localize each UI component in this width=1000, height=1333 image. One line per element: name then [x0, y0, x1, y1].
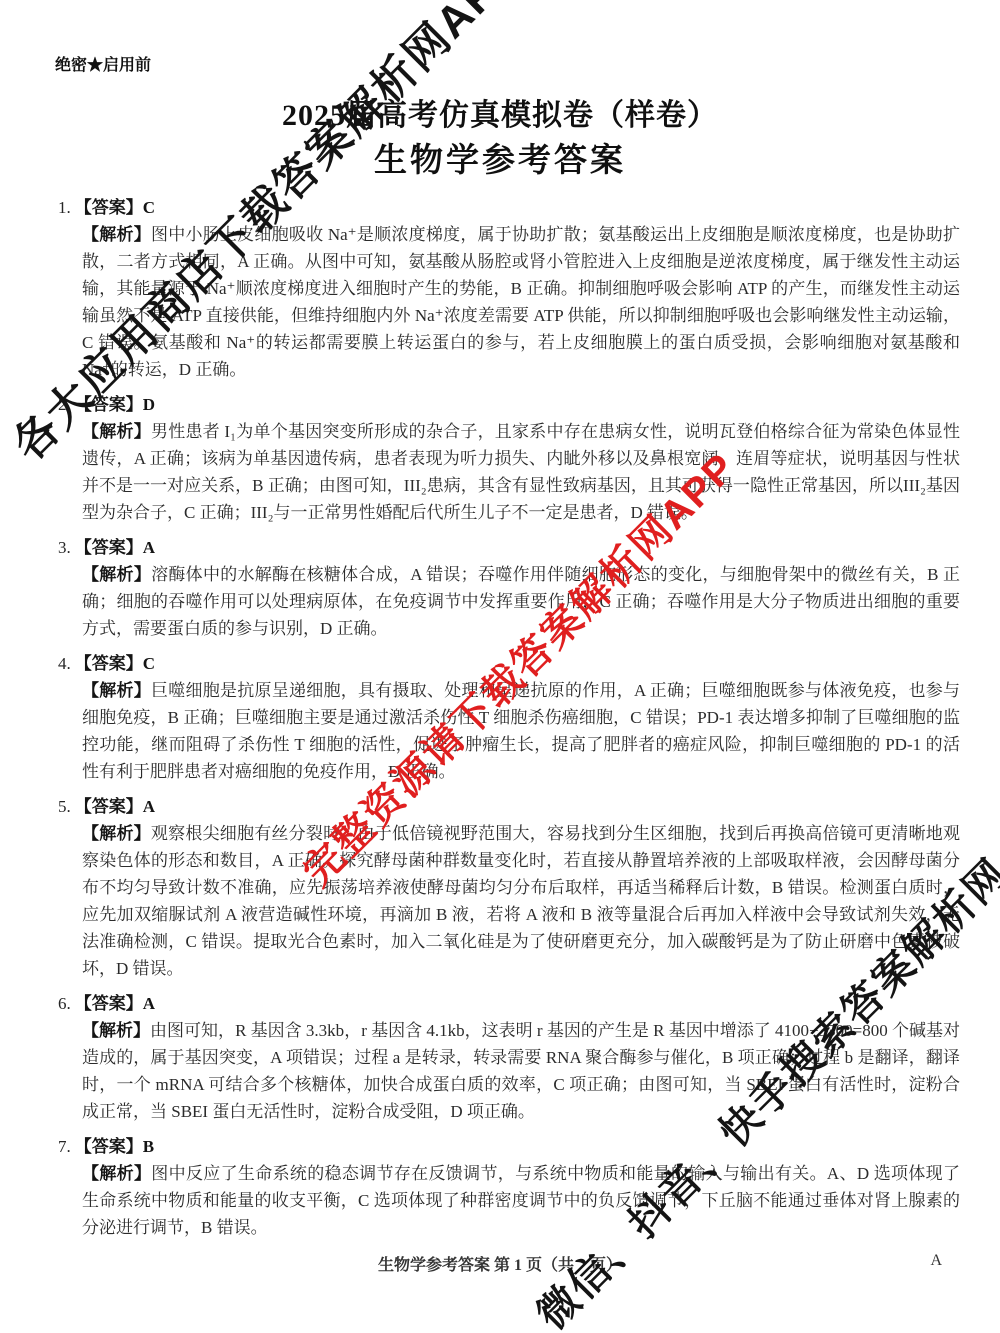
- question-number: 4.: [58, 654, 75, 673]
- answer-letter: C: [143, 198, 155, 217]
- answer-item: 4.【答案】C【解析】巨噬细胞是抗原呈递细胞，具有摄取、处理和呈递抗原的作用，A…: [58, 650, 960, 785]
- footer-page-info: 生物学参考答案 第 1 页（共 页）: [0, 1252, 1000, 1275]
- answer-line: 5.【答案】A: [58, 793, 960, 820]
- analysis-paragraph: 【解析】溶酶体中的水解酶在核糖体合成，A 错误；吞噬作用伴随细胞形态的变化，与细…: [82, 561, 960, 642]
- answer-label: 【答案】: [75, 395, 143, 414]
- answer-label: 【答案】: [75, 654, 143, 673]
- analysis-label: 【解析】: [82, 1021, 150, 1040]
- answer-item: 3.【答案】A【解析】溶酶体中的水解酶在核糖体合成，A 错误；吞噬作用伴随细胞形…: [58, 534, 960, 642]
- answer-line: 2.【答案】D: [58, 391, 960, 418]
- analysis-label: 【解析】: [82, 422, 151, 441]
- question-number: 2.: [58, 395, 75, 414]
- answer-line: 3.【答案】A: [58, 534, 960, 561]
- answer-letter: A: [143, 538, 155, 557]
- exam-title: 2025届高考仿真模拟卷（样卷）: [0, 90, 1000, 134]
- answer-item: 7.【答案】B【解析】图中反应了生命系统的稳态调节存在反馈调节，与系统中物质和能…: [58, 1133, 960, 1241]
- analysis-label: 【解析】: [82, 565, 151, 584]
- exam-subtitle: 生物学参考答案: [0, 134, 1000, 181]
- answer-label: 【答案】: [75, 538, 143, 557]
- answer-label: 【答案】: [75, 797, 143, 816]
- answer-line: 1.【答案】C: [58, 194, 960, 221]
- answer-letter: D: [143, 395, 155, 414]
- answer-letter: A: [143, 994, 155, 1013]
- question-number: 7.: [58, 1137, 75, 1156]
- footer-version-label: A: [930, 1252, 942, 1270]
- answer-line: 7.【答案】B: [58, 1133, 960, 1160]
- question-number: 3.: [58, 538, 75, 557]
- question-number: 5.: [58, 797, 75, 816]
- answer-item: 1.【答案】C【解析】图中小肠上皮细胞吸收 Na⁺是顺浓度梯度，属于协助扩散；氨…: [58, 194, 960, 383]
- secrecy-label: 绝密★启用前: [55, 52, 151, 75]
- answer-item: 5.【答案】A【解析】观察根尖细胞有丝分裂时，由于低倍镜视野范围大，容易找到分生…: [58, 793, 960, 982]
- answer-letter: A: [143, 797, 155, 816]
- question-number: 6.: [58, 994, 75, 1013]
- analysis-label: 【解析】: [82, 824, 151, 843]
- answer-letter: C: [143, 654, 155, 673]
- answer-label: 【答案】: [75, 994, 143, 1013]
- answer-line: 6.【答案】A: [58, 990, 960, 1017]
- answer-letter: B: [143, 1137, 154, 1156]
- analysis-paragraph: 【解析】巨噬细胞是抗原呈递细胞，具有摄取、处理和呈递抗原的作用，A 正确；巨噬细…: [82, 677, 960, 785]
- analysis-paragraph: 【解析】由图可知，R 基因含 3.3kb，r 基因含 4.1kb，这表明 r 基…: [82, 1017, 960, 1125]
- analysis-paragraph: 【解析】男性患者 I₁为单个基因突变所形成的杂合子，且家系中存在患病女性，说明瓦…: [82, 418, 960, 526]
- analysis-paragraph: 【解析】观察根尖细胞有丝分裂时，由于低倍镜视野范围大，容易找到分生区细胞，找到后…: [82, 820, 960, 982]
- answer-item: 6.【答案】A【解析】由图可知，R 基因含 3.3kb，r 基因含 4.1kb，…: [58, 990, 960, 1125]
- answer-item: 2.【答案】D【解析】男性患者 I₁为单个基因突变所形成的杂合子，且家系中存在患…: [58, 391, 960, 526]
- analysis-paragraph: 【解析】图中反应了生命系统的稳态调节存在反馈调节，与系统中物质和能量的输入与输出…: [82, 1160, 960, 1241]
- answers-container: 1.【答案】C【解析】图中小肠上皮细胞吸收 Na⁺是顺浓度梯度，属于协助扩散；氨…: [58, 194, 960, 1249]
- page-footer: 生物学参考答案 第 1 页（共 页） A: [0, 1252, 1000, 1276]
- answer-label: 【答案】: [75, 198, 143, 217]
- question-number: 1.: [58, 198, 75, 217]
- analysis-paragraph: 【解析】图中小肠上皮细胞吸收 Na⁺是顺浓度梯度，属于协助扩散；氨基酸运出上皮细…: [82, 221, 960, 383]
- analysis-label: 【解析】: [82, 225, 151, 244]
- analysis-label: 【解析】: [82, 681, 151, 700]
- answer-line: 4.【答案】C: [58, 650, 960, 677]
- answer-label: 【答案】: [75, 1137, 143, 1156]
- analysis-label: 【解析】: [82, 1164, 151, 1183]
